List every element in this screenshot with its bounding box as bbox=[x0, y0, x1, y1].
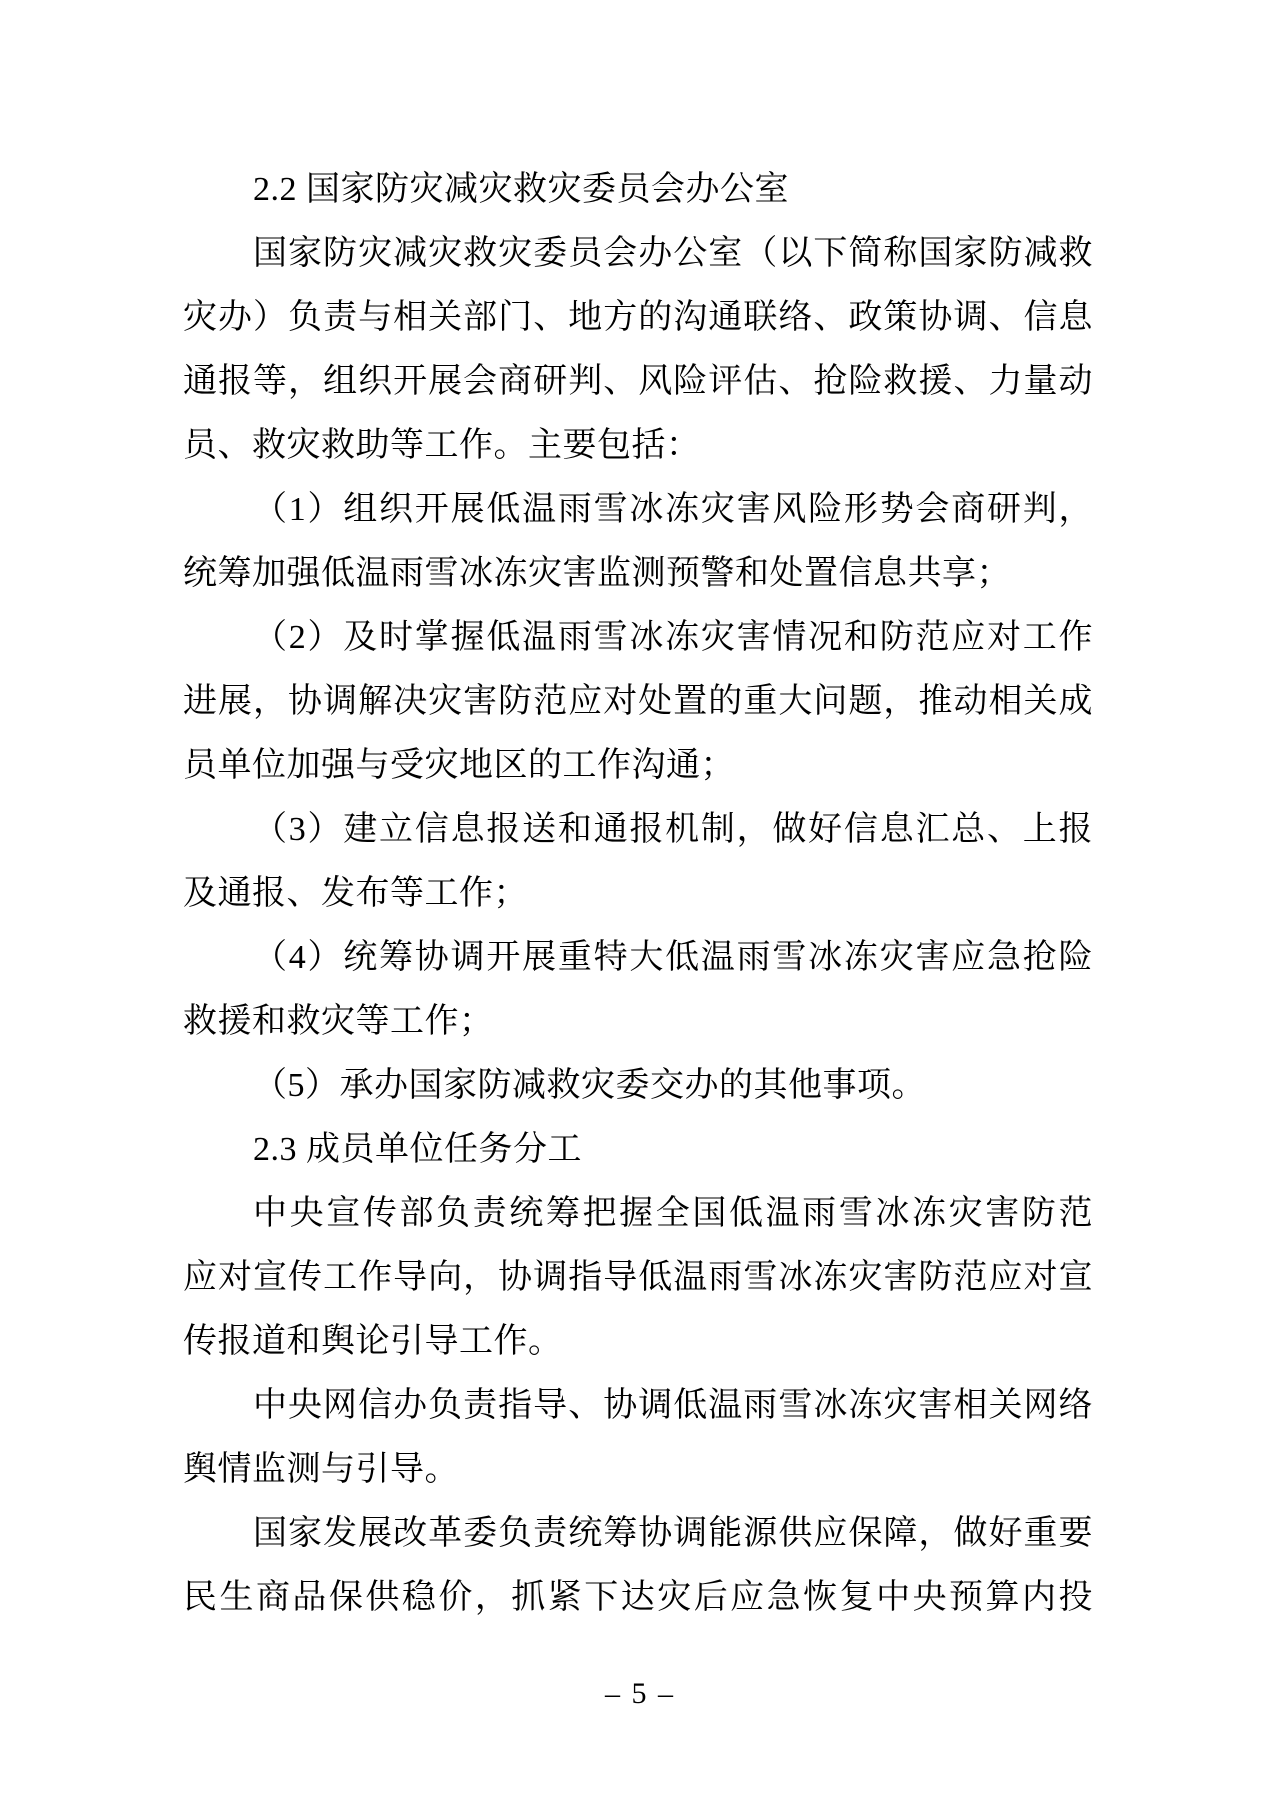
text-line: 应对宣传工作导向，协调指导低温雨雪冰冻灾害防范应对宣 bbox=[183, 1246, 1093, 1310]
text-line: 舆情监测与引导。 bbox=[183, 1438, 1093, 1502]
text-line: 员单位加强与受灾地区的工作沟通； bbox=[183, 734, 1093, 798]
page-number: – 5 – bbox=[0, 1672, 1280, 1716]
text-line: 民生商品保供稳价，抓紧下达灾后应急恢复中央预算内投 bbox=[183, 1566, 1093, 1630]
text-line: （4）统筹协调开展重特大低温雨雪冰冻灾害应急抢险 bbox=[183, 926, 1093, 990]
text-line: 国家防灾减灾救灾委员会办公室（以下简称国家防减救 bbox=[183, 222, 1093, 286]
section-heading-2-2: 2.2 国家防灾减灾救灾委员会办公室 bbox=[183, 158, 1093, 222]
text-line: 员、救灾救助等工作。主要包括： bbox=[183, 414, 1093, 478]
text-line: 统筹加强低温雨雪冰冻灾害监测预警和处置信息共享； bbox=[183, 542, 1093, 606]
text-block: 2.2 国家防灾减灾救灾委员会办公室 国家防灾减灾救灾委员会办公室（以下简称国家… bbox=[183, 158, 1093, 1630]
text-line: 进展，协调解决灾害防范应对处置的重大问题，推动相关成 bbox=[183, 670, 1093, 734]
text-line: （5）承办国家防减救灾委交办的其他事项。 bbox=[183, 1054, 1093, 1118]
text-line: 传报道和舆论引导工作。 bbox=[183, 1310, 1093, 1374]
text-line: 救援和救灾等工作； bbox=[183, 990, 1093, 1054]
text-line: 中央宣传部负责统筹把握全国低温雨雪冰冻灾害防范 bbox=[183, 1182, 1093, 1246]
text-line: （1）组织开展低温雨雪冰冻灾害风险形势会商研判， bbox=[183, 478, 1093, 542]
text-line: （3）建立信息报送和通报机制，做好信息汇总、上报 bbox=[183, 798, 1093, 862]
section-heading-2-3: 2.3 成员单位任务分工 bbox=[183, 1118, 1093, 1182]
document-page: 2.2 国家防灾减灾救灾委员会办公室 国家防灾减灾救灾委员会办公室（以下简称国家… bbox=[0, 0, 1280, 1809]
text-line: 及通报、发布等工作； bbox=[183, 862, 1093, 926]
text-line: （2）及时掌握低温雨雪冰冻灾害情况和防范应对工作 bbox=[183, 606, 1093, 670]
text-line: 中央网信办负责指导、协调低温雨雪冰冻灾害相关网络 bbox=[183, 1374, 1093, 1438]
text-line: 灾办）负责与相关部门、地方的沟通联络、政策协调、信息 bbox=[183, 286, 1093, 350]
text-line: 通报等，组织开展会商研判、风险评估、抢险救援、力量动 bbox=[183, 350, 1093, 414]
text-line: 国家发展改革委负责统筹协调能源供应保障，做好重要 bbox=[183, 1502, 1093, 1566]
